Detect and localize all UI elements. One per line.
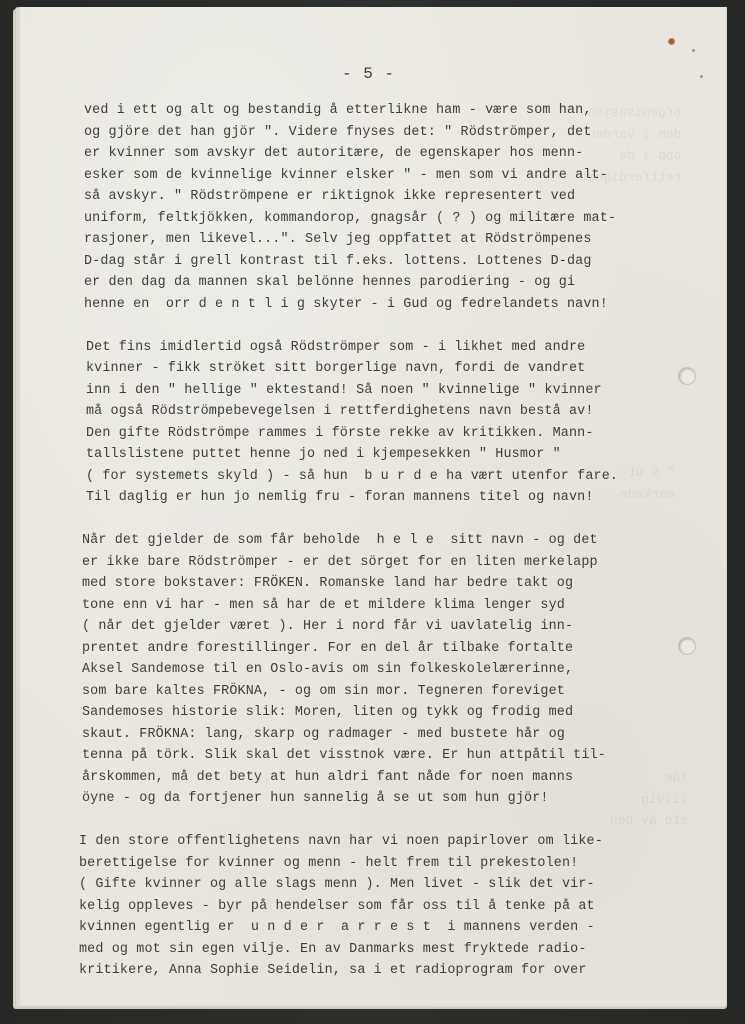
text-line: kvinner - fikk ströket sitt borgerlige n… (86, 358, 684, 380)
paragraph-1: ved i ett og alt og bestandig å etterlik… (84, 100, 684, 315)
text-line: er den dag da mannen skal belönne hennes… (84, 272, 684, 294)
body-text: ved i ett og alt og bestandig å etterlik… (84, 100, 684, 1003)
typewritten-page: orgenisasjon den i verden opp i de rettf… (20, 7, 727, 1005)
text-line: tenna på törk. Slik skal det visstnok væ… (82, 745, 684, 767)
text-line: inn i den " hellige " ektestand! Så noen… (86, 380, 684, 402)
text-line: ( for systemets skyld ) - så hun b u r d… (86, 466, 684, 488)
rust-stain (668, 38, 675, 45)
text-line: henne en orr d e n t l i g skyter - i Gu… (84, 294, 684, 316)
text-line: med store bokstaver: FRÖKEN. Romanske la… (82, 573, 684, 595)
text-line: D-dag står i grell kontrast til f.eks. l… (84, 251, 684, 273)
paper-speck (692, 49, 695, 52)
paper-speck (700, 75, 703, 78)
text-line: öyne - og da fortjener hun sannelig å se… (82, 788, 684, 810)
text-line: kelig oppleves - byr på hendelser som få… (79, 896, 684, 918)
text-line: prentet andre forestillinger. For en del… (82, 638, 684, 660)
text-line: tone enn vi har - men så har de et milde… (82, 595, 684, 617)
text-line: er kvinner som avskyr det autoritære, de… (84, 143, 684, 165)
paragraph-4: I den store offentlighetens navn har vi … (79, 831, 684, 982)
text-line: Sandemoses historie slik: Moren, liten o… (82, 702, 684, 724)
text-line: ( når det gjelder været ). Her i nord få… (82, 616, 684, 638)
text-line: ved i ett og alt og bestandig å etterlik… (84, 100, 684, 122)
text-line: Den gifte Rödströmpe rammes i förste rek… (86, 423, 684, 445)
text-line: og gjöre det han gjör ". Videre fnyses d… (84, 122, 684, 144)
text-line: I den store offentlighetens navn har vi … (79, 831, 684, 853)
text-line: kvinnen egentlig er u n d e r a r r e s … (79, 917, 684, 939)
text-line: må også Rödströmpebevegelsen i rettferdi… (86, 401, 684, 423)
text-line: esker som de kvinnelige kvinner elsker "… (84, 165, 684, 187)
text-line: Aksel Sandemose til en Oslo-avis om sin … (82, 659, 684, 681)
text-line: så avskyr. " Rödströmpene er riktignok i… (84, 186, 684, 208)
text-line: Når det gjelder de som får beholde h e l… (82, 530, 684, 552)
paragraph-3: Når det gjelder de som får beholde h e l… (82, 530, 684, 810)
page-number: - 5 - (342, 65, 395, 83)
paragraph-2: Det fins imidlertid også Rödströmper som… (86, 337, 684, 509)
text-line: tallslistene puttet henne jo ned i kjemp… (86, 444, 684, 466)
text-line: berettigelse for kvinner og menn - helt … (79, 853, 684, 875)
text-line: kritikere, Anna Sophie Seidelin, sa i et… (79, 960, 684, 982)
text-line: Det fins imidlertid også Rödströmper som… (86, 337, 684, 359)
text-line: er ikke bare Rödströmper - er det sörget… (82, 552, 684, 574)
text-line: skaut. FRÖKNA: lang, skarp og radmager -… (82, 724, 684, 746)
text-line: årskommen, må det bety at hun aldri fant… (82, 767, 684, 789)
text-line: ( Gifte kvinner og alle slags menn ). Me… (79, 874, 684, 896)
text-line: med og mot sin egen vilje. En av Danmark… (79, 939, 684, 961)
text-line: uniform, feltkjökken, kommandorop, gnags… (84, 208, 684, 230)
text-line: rasjoner, men likevel...". Selv jeg oppf… (84, 229, 684, 251)
text-line: som bare kaltes FRÖKNA, - og om sin mor.… (82, 681, 684, 703)
text-line: Til daglig er hun jo nemlig fru - foran … (86, 487, 684, 509)
